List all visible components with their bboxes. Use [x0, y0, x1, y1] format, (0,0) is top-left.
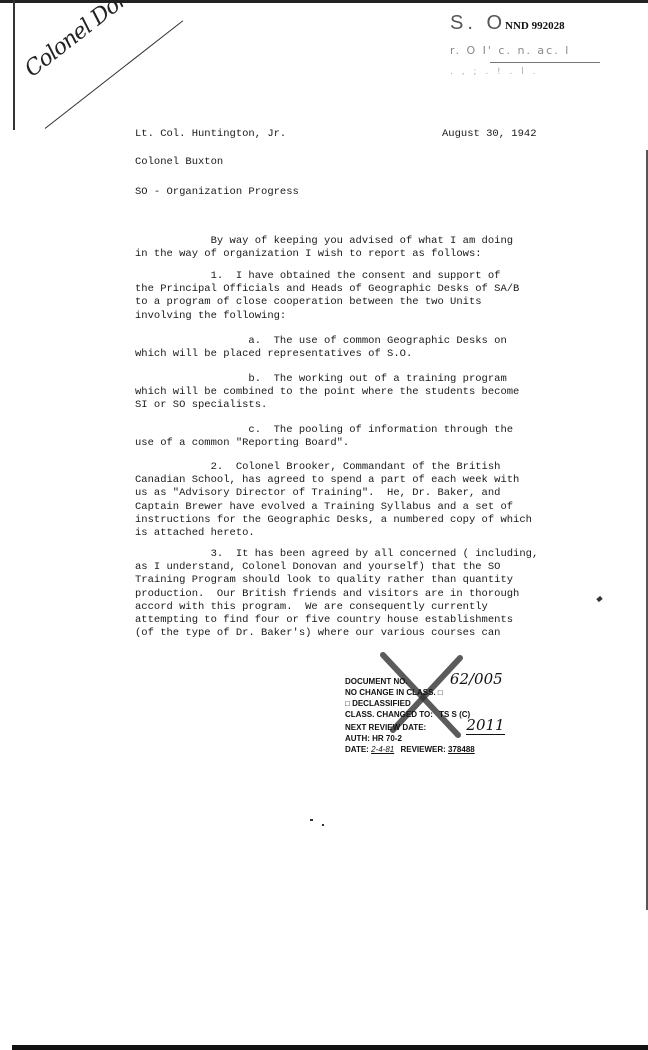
paragraph-item-2: 2. Colonel Brooker, Commandant of the Br…: [135, 461, 545, 540]
text-line: is attached hereto.: [135, 527, 545, 540]
text-line: b. The working out of a training program: [135, 373, 545, 386]
text-line: use of a common "Reporting Board".: [135, 437, 545, 450]
paragraph-intro: By way of keeping you advised of what I …: [135, 235, 545, 261]
reviewer-label: REVIEWER:: [400, 745, 445, 754]
paragraph-item-1c: c. The pooling of information through th…: [135, 424, 545, 450]
paragraph-item-1a: a. The use of common Geographic Desks on…: [135, 335, 545, 361]
margin-mark: [596, 596, 602, 602]
text-line: as I understand, Colonel Donovan and you…: [135, 561, 545, 574]
text-line: a. The use of common Geographic Desks on: [135, 335, 545, 348]
text-line: which will be combined to the point wher…: [135, 386, 545, 399]
memo-from: Colonel Buxton: [135, 156, 223, 169]
text-line: production. Our British friends and visi…: [135, 588, 545, 601]
document-no-label: DOCUMENT NO.: [345, 677, 408, 686]
text-line: to a program of close cooperation betwee…: [135, 296, 545, 309]
scan-speck: [310, 819, 313, 821]
scan-speck: [322, 824, 324, 826]
text-line: By way of keeping you advised of what I …: [135, 235, 545, 248]
auth-value: HR 70-2: [372, 734, 402, 743]
text-line: (of the type of Dr. Baker's) where our v…: [135, 627, 545, 640]
stamp-faint-line-1: r. O I' c. n. ac. l: [450, 44, 570, 57]
text-line: accord with this program. We are consequ…: [135, 601, 545, 614]
text-line: attempting to find four or five country …: [135, 614, 545, 627]
text-line: SI or SO specialists.: [135, 399, 545, 412]
text-line: 3. It has been agreed by all concerned (…: [135, 548, 545, 561]
paragraph-item-3: 3. It has been agreed by all concerned (…: [135, 548, 545, 640]
scan-border-bottom: [12, 1045, 648, 1050]
text-line: Training Program should look to quality …: [135, 574, 545, 587]
date-value: 2-4-81: [371, 745, 394, 754]
text-line: in the way of organization I wish to rep…: [135, 248, 545, 261]
text-line: c. The pooling of information through th…: [135, 424, 545, 437]
no-change-label: NO CHANGE IN CLASS.: [345, 688, 436, 697]
reviewer-value: 378488: [448, 745, 475, 754]
declassification-stamp: DOCUMENT NO. 62/005 NO CHANGE IN CLASS. …: [345, 680, 585, 760]
next-review-value: 2011: [466, 716, 504, 735]
stamp-faint-line-2: . , ; . ! . l .: [450, 67, 538, 77]
memo-subject: SO - Organization Progress: [135, 186, 299, 199]
declassified-label: DECLASSIFIED: [352, 699, 411, 708]
text-line: which will be placed representatives of …: [135, 348, 545, 361]
stamp-prefix: S. O: [450, 12, 506, 35]
archive-stamp: S. O NND 992028 r. O I' c. n. ac. l . , …: [450, 12, 620, 87]
text-line: 2. Colonel Brooker, Commandant of the Br…: [135, 461, 545, 474]
text-line: 1. I have obtained the consent and suppo…: [135, 270, 545, 283]
class-changed-label: CLASS. CHANGED TO:: [345, 710, 433, 719]
handwritten-annotation: Colonel Donovan: [20, 0, 193, 82]
next-review-label: NEXT REVIEW DATE:: [345, 723, 426, 732]
scan-border-left: [13, 0, 15, 130]
auth-label: AUTH:: [345, 734, 370, 743]
paragraph-item-1: 1. I have obtained the consent and suppo…: [135, 270, 545, 323]
stamp-rule: [490, 62, 600, 63]
text-line: involving the following:: [135, 310, 545, 323]
memo-date: August 30, 1942: [442, 128, 537, 140]
text-line: the Principal Officials and Heads of Geo…: [135, 283, 545, 296]
date-label: DATE:: [345, 745, 369, 754]
memo-to: Lt. Col. Huntington, Jr.: [135, 128, 286, 141]
document-no-value: 62/005: [450, 670, 503, 688]
text-line: us as "Advisory Director of Training". H…: [135, 487, 545, 500]
text-line: instructions for the Geographic Desks, a…: [135, 514, 545, 527]
nnd-number: NND 992028: [505, 20, 565, 32]
paragraph-item-1b: b. The working out of a training program…: [135, 373, 545, 413]
text-line: Canadian School, has agreed to spend a p…: [135, 474, 545, 487]
text-line: Captain Brewer have evolved a Training S…: [135, 501, 545, 514]
